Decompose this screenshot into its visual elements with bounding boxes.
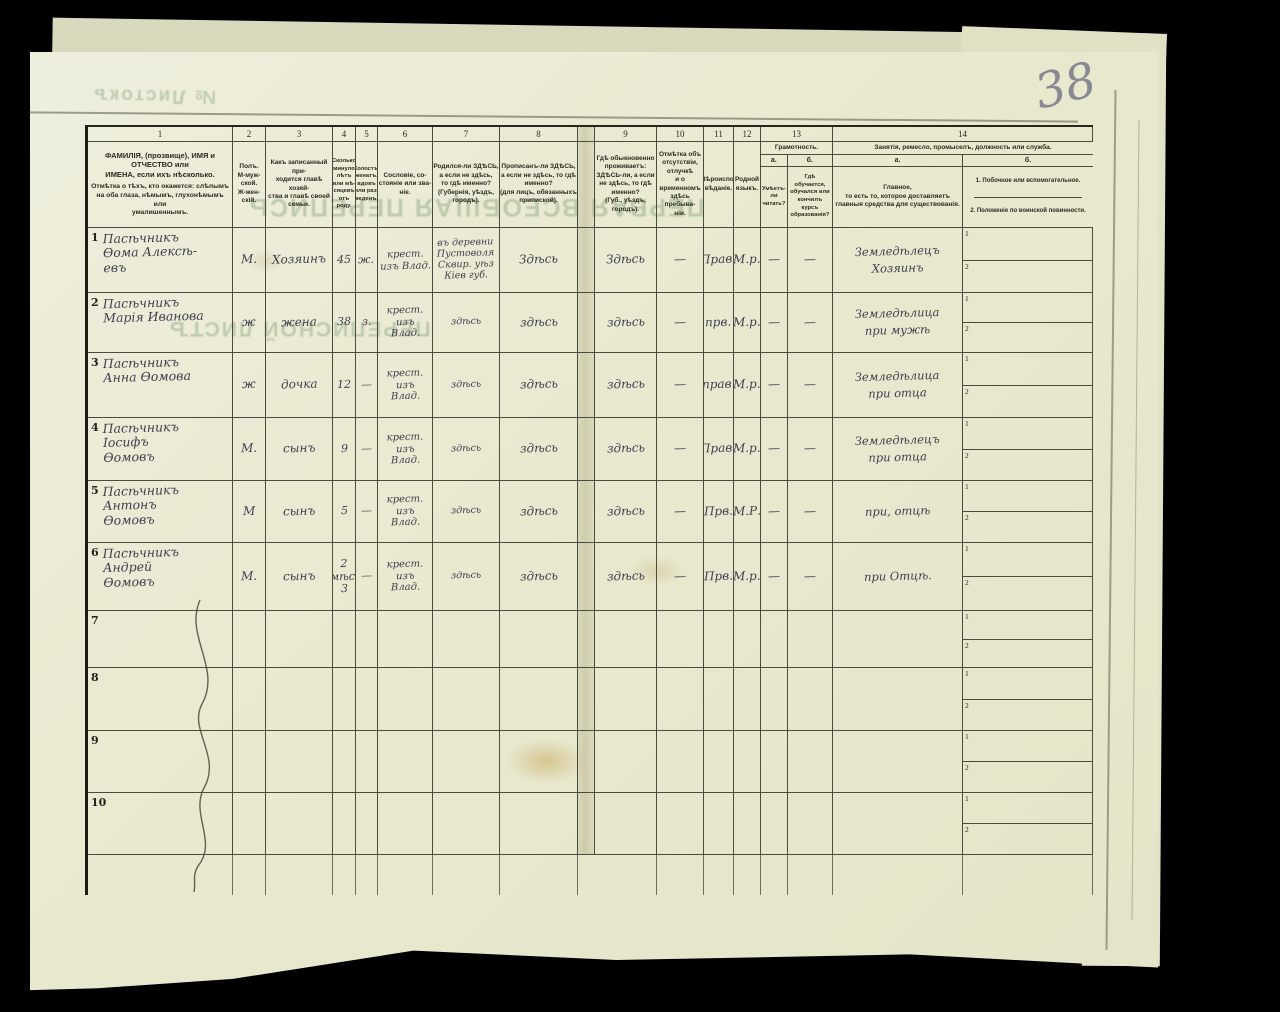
cell-lang: М.Р. — [734, 481, 761, 542]
stub — [356, 855, 378, 895]
printed-sub-number: 1 — [965, 482, 969, 491]
handwritten-entry: крест. изъ Влад. — [386, 494, 423, 529]
stub — [578, 855, 595, 895]
handwritten-entry: М — [243, 504, 256, 518]
cell-faith: прав. — [704, 353, 734, 417]
stub — [266, 855, 333, 895]
side-occupation-half: 1 — [963, 793, 1092, 824]
table-row: 2Пасѣчникъ Марія Ивановажжена38з.крест. … — [88, 293, 1093, 353]
cell-faith — [704, 611, 734, 667]
handwritten-entry: — — [361, 570, 372, 583]
side-occupation-half: 2 — [963, 261, 1092, 293]
handwritten-entry: сынъ — [283, 504, 316, 519]
cell-occ: при, отцѣ — [833, 481, 963, 542]
cell-sex — [233, 793, 266, 854]
cell-age: 9 — [333, 418, 356, 480]
cell-born: здѣсь — [433, 418, 500, 480]
cell-abs: — — [657, 481, 704, 542]
cell-faith: Прав. — [704, 418, 734, 480]
cell-age: 45 — [333, 228, 356, 292]
handwritten-entry: здѣсь — [606, 378, 644, 393]
cell-born — [433, 611, 500, 667]
stub — [88, 855, 233, 895]
table-header-row: ФАМИЛІЯ, (прозвище), ИМЯ и ОТЧЕСТВО или … — [88, 142, 1093, 228]
cell-sex — [233, 611, 266, 667]
cell-rel: Хозяинъ — [266, 228, 333, 292]
header-literacy-block: Грамотность. а. б. Умѣетъ- ли читать? Гд… — [761, 142, 833, 227]
handwritten-entry: — — [361, 379, 372, 392]
cell-mar: — — [356, 353, 378, 417]
handwritten-entry: при, отцѣ — [865, 502, 931, 521]
handwritten-entry: — — [804, 569, 816, 583]
header-absence: Отмѣтка объ отсутствіи, отлучкѣ и о врем… — [657, 142, 704, 227]
handwritten-entry: крест. изъ Влад. — [386, 305, 423, 340]
printed-row-number: 10 — [91, 796, 106, 809]
cell-abs: — — [657, 353, 704, 417]
cell-reg: здѣсь — [500, 481, 578, 542]
table-row: 912 — [88, 731, 1093, 793]
cell-live — [595, 793, 657, 854]
cell-est: крест. изъ Влад. — [378, 481, 433, 542]
handwritten-entry: крест. изъ Влад. — [386, 559, 423, 594]
cell-mar — [356, 793, 378, 854]
cell-sex: М. — [233, 543, 266, 610]
handwritten-entry: М.Р. — [734, 504, 761, 519]
printed-sub-number: 2 — [965, 641, 969, 650]
cell-litb — [788, 793, 833, 854]
cell-reg — [500, 793, 578, 854]
cell-sex — [233, 668, 266, 730]
cell-litb: — — [788, 418, 833, 480]
header-language: Родной языкъ. — [734, 142, 761, 227]
cell-faith — [704, 668, 734, 730]
cell-occ: Земледѣлецъ Хозяинъ — [833, 228, 963, 292]
cell-abs: — — [657, 293, 704, 352]
cell-lita: — — [761, 481, 788, 542]
handwritten-entry: М. — [241, 253, 257, 267]
handwritten-entry: здѣсь — [451, 443, 481, 455]
table-row: 3Пасѣчникъ Анна Ѳомоваждочка12—крест. из… — [88, 353, 1093, 418]
cell-side-occupation: 12 — [963, 611, 1093, 667]
handwritten-entry: Прв. — [704, 504, 733, 519]
cell-est — [378, 731, 433, 792]
printed-sub-number: 1 — [965, 294, 969, 303]
handwritten-entry: здѣсь — [519, 315, 557, 330]
cell-side-occupation: 12 — [963, 293, 1093, 352]
handwritten-entry: М.р. — [734, 569, 761, 584]
cell-lang — [734, 793, 761, 854]
cell-reg — [500, 611, 578, 667]
handwritten-entry: — — [804, 315, 816, 329]
handwritten-entry: М.р. — [734, 378, 761, 393]
header-occupation-main: Главное, то есть то, которое доставляетъ… — [833, 167, 963, 227]
stub — [333, 855, 356, 895]
handwritten-entry: М. — [241, 569, 257, 583]
cell-sex: М. — [233, 418, 266, 480]
page-fold — [578, 228, 595, 292]
handwritten-entry: 45 — [337, 253, 351, 266]
printed-sub-number: 2 — [965, 324, 969, 333]
stub — [761, 855, 788, 895]
cell-sex: М. — [233, 228, 266, 292]
cell-litb: — — [788, 481, 833, 542]
cell-occ: Земледѣлица при отца — [833, 353, 963, 417]
handwritten-entry: 2 мѣс. 3 — [333, 557, 356, 596]
handwritten-entry: здѣсь — [451, 571, 481, 583]
handwritten-name: Пасѣчникъ Андрей Ѳомовъ — [102, 545, 179, 590]
handwritten-entry: 12 — [337, 378, 351, 391]
cell-occ — [833, 731, 963, 792]
cell-faith — [704, 793, 734, 854]
printed-row-number: 4 — [91, 421, 99, 464]
page-fold — [578, 418, 595, 480]
header-sex: Полъ. М-муж- ской. Ж-жен- скій. — [233, 142, 266, 227]
stub — [595, 855, 657, 895]
cell-faith: прв. — [704, 293, 734, 352]
cell-lang: М.р. — [734, 418, 761, 480]
side-occupation-half: 2 — [963, 640, 1092, 668]
stub — [378, 855, 433, 895]
cell-lang: М.р. — [734, 228, 761, 292]
handwritten-entry: крест. изъ Влад. — [379, 248, 431, 272]
header-occupation-side-1: 1. Побочное или вспомогательное. — [974, 168, 1083, 198]
page-fold — [578, 793, 595, 854]
cell-lita — [761, 611, 788, 667]
header-occupation-block: Занятія, ремесло, промыселъ, должность и… — [833, 142, 1093, 227]
cell-est: крест. изъ Влад. — [378, 353, 433, 417]
handwritten-entry: — — [804, 504, 816, 518]
printed-sub-number: 1 — [965, 354, 969, 363]
handwritten-name: Пасѣчникъ Марія Иванова — [102, 295, 203, 326]
handwritten-entry: здѣсь — [519, 569, 557, 584]
header-marital: Холостъ, женатъ, вдовъ или раз- веденъ. — [356, 142, 378, 227]
col-number: 9 — [595, 127, 657, 141]
handwritten-name: Пасѣчникъ Ѳома Алексѣ- евъ — [102, 230, 197, 276]
header-literacy-read: Умѣетъ- ли читать? — [761, 167, 788, 227]
handwritten-entry: здѣсь — [451, 506, 481, 518]
header-residence: Гдѣ обыкновенно проживаетъ: ЗДѢСЬ-ли, а … — [595, 142, 657, 227]
col-number: 5 — [356, 127, 378, 141]
cell-born: здѣсь — [433, 543, 500, 610]
page-fold — [578, 142, 595, 227]
cell-live — [595, 731, 657, 792]
cell-mar: ж. — [356, 228, 378, 292]
cell-occ — [833, 668, 963, 730]
cell-name: 4Пасѣчникъ Іосифъ Ѳомовъ — [88, 418, 233, 480]
handwritten-entry: здѣсь — [606, 442, 644, 457]
stub — [963, 855, 1093, 895]
cell-name: 8 — [88, 668, 233, 730]
handwritten-entry: М. — [241, 442, 257, 456]
cell-name: 2Пасѣчникъ Марія Иванова — [88, 293, 233, 352]
handwritten-entry: — — [674, 378, 686, 392]
cell-rel — [266, 611, 333, 667]
header-occupation-side-2: 2. Положеніе по воинской повинности. — [968, 198, 1088, 227]
cell-mar: — — [356, 481, 378, 542]
handwritten-entry: прав. — [704, 378, 734, 393]
page-fold — [578, 731, 595, 792]
handwritten-entry: здѣсь — [606, 569, 644, 584]
stub — [734, 855, 761, 895]
cell-rel — [266, 731, 333, 792]
cell-faith: Прв. — [704, 543, 734, 610]
handwritten-entry: — — [361, 505, 372, 518]
printed-row-number: 1 — [91, 231, 99, 274]
cell-live: здѣсь — [595, 481, 657, 542]
side-occupation-half: 2 — [963, 386, 1092, 418]
page-fold — [578, 127, 595, 141]
col-number: 11 — [704, 127, 734, 141]
side-occupation-half: 1 — [963, 418, 1092, 450]
cell-live — [595, 611, 657, 667]
cell-litb: — — [788, 293, 833, 352]
label-b: б. — [788, 155, 832, 166]
cell-lita: — — [761, 543, 788, 610]
header-registration: Прописанъ-ли ЗДѢСЬ, а если не здѣсь, то … — [500, 142, 578, 227]
cell-live: здѣсь — [595, 418, 657, 480]
cell-live: здѣсь — [595, 293, 657, 352]
cell-rel: сынъ — [266, 418, 333, 480]
grid-line-stubs — [88, 855, 1093, 895]
cell-born — [433, 731, 500, 792]
handwritten-entry: при Отцѣ. — [863, 567, 931, 586]
header-relation: Какъ записанный при- ходится главѣ хозяй… — [266, 142, 333, 227]
handwritten-entry: — — [768, 569, 780, 583]
cell-sex — [233, 731, 266, 792]
handwritten-entry: Земледѣлецъ при отца — [855, 431, 941, 468]
printed-row-number: 8 — [91, 671, 99, 684]
stub — [233, 855, 266, 895]
printed-sub-number: 1 — [965, 419, 969, 428]
handwritten-entry: 5 — [340, 505, 347, 518]
cell-occ: Земледѣлецъ при отца — [833, 418, 963, 480]
handwritten-entry: здѣсь — [451, 379, 481, 391]
handwritten-entry: з. — [362, 316, 372, 329]
handwritten-entry: 38 — [337, 316, 351, 329]
handwritten-entry: М.р. — [734, 253, 761, 268]
side-occupation-half: 2 — [963, 700, 1092, 731]
handwritten-entry: здѣсь — [519, 442, 557, 457]
handwritten-name: Пасѣчникъ Антонъ Ѳомовъ — [102, 483, 179, 528]
printed-sub-number: 2 — [965, 763, 969, 772]
cell-reg: здѣсь — [500, 418, 578, 480]
cell-reg: здѣсь — [500, 353, 578, 417]
cell-born: здѣсь — [433, 353, 500, 417]
stub — [833, 855, 963, 895]
handwritten-entry: Здѣсь — [519, 253, 558, 268]
handwritten-entry: ж. — [358, 253, 374, 266]
header-religion: Вѣроиспо- вѣданіе. — [704, 142, 734, 227]
handwritten-entry: — — [674, 315, 686, 329]
handwritten-entry: Здѣсь — [606, 253, 645, 268]
header-age: Сколько минуло лѣтъ или мѣ- сяцевъ отъ р… — [333, 142, 356, 227]
cell-name: 5Пасѣчникъ Антонъ Ѳомовъ — [88, 481, 233, 542]
cell-litb — [788, 668, 833, 730]
printed-sub-number: 1 — [965, 732, 969, 741]
cell-rel: сынъ — [266, 543, 333, 610]
col-number: 13 — [761, 127, 833, 141]
header-name-main: ФАМИЛІЯ, (прозвище), ИМЯ и ОТЧЕСТВО или … — [90, 151, 230, 180]
label-b: б. — [963, 155, 1093, 166]
scanned-census-page: № Листокъ ПЕРВАЯ ВСЕОБЩАЯ ПЕРЕПИСЬ ПЕРЕП… — [0, 0, 1280, 1012]
handwritten-name: Пасѣчникъ Іосифъ Ѳомовъ — [102, 420, 179, 465]
col-number: 14 — [833, 127, 1093, 141]
cell-side-occupation: 12 — [963, 668, 1093, 730]
side-occupation-half: 2 — [963, 762, 1092, 792]
cell-side-occupation: 12 — [963, 228, 1093, 292]
cell-est: крест. изъ Влад. — [378, 228, 433, 292]
handwritten-entry: Земледѣлецъ Хозяинъ — [855, 242, 941, 279]
cell-mar — [356, 611, 378, 667]
bleedthrough-corner-text: № Листокъ — [92, 83, 216, 107]
page-fold — [578, 543, 595, 610]
table-row: 1012 — [88, 793, 1093, 855]
cell-mar: — — [356, 543, 378, 610]
handwritten-entry: сынъ — [283, 442, 316, 457]
cell-age: 2 мѣс. 3 — [333, 543, 356, 610]
cell-lita: — — [761, 353, 788, 417]
cell-name: 3Пасѣчникъ Анна Ѳомова — [88, 353, 233, 417]
header-occupation-sublabels: а. б. — [833, 155, 1093, 167]
col-number: 1 — [88, 127, 233, 141]
cell-reg — [500, 731, 578, 792]
cell-born — [433, 668, 500, 730]
cell-est — [378, 668, 433, 730]
cell-est — [378, 611, 433, 667]
table-row: 1Пасѣчникъ Ѳома Алексѣ- евъМ.Хозяинъ45ж.… — [88, 228, 1093, 293]
side-occupation-half: 2 — [963, 512, 1092, 542]
cell-age — [333, 611, 356, 667]
cell-age: 38 — [333, 293, 356, 352]
handwritten-entry: — — [361, 443, 372, 456]
handwritten-entry: — — [674, 253, 686, 267]
handwritten-entry: въ деревни Пустоволя Сквир. уѣз Кіев губ… — [437, 237, 496, 282]
stub — [704, 855, 734, 895]
cell-age — [333, 731, 356, 792]
side-occupation-half: 2 — [963, 450, 1092, 481]
handwritten-entry: ж — [242, 315, 256, 329]
cell-lang: М.р. — [734, 293, 761, 352]
stub — [500, 855, 578, 895]
table-row: 712 — [88, 611, 1093, 668]
col-number: 3 — [266, 127, 333, 141]
stub — [788, 855, 833, 895]
cell-faith: Прв. — [704, 481, 734, 542]
handwritten-entry: — — [674, 504, 686, 518]
handwritten-entry: — — [804, 442, 816, 456]
cell-side-occupation: 12 — [963, 353, 1093, 417]
handwritten-entry: М.р. — [734, 315, 761, 330]
handwritten-entry: М.р. — [734, 442, 761, 457]
side-occupation-half: 2 — [963, 577, 1092, 610]
cell-lang — [734, 611, 761, 667]
printed-sub-number: 2 — [965, 701, 969, 710]
cell-faith — [704, 731, 734, 792]
printed-row-number: 7 — [91, 614, 99, 627]
printed-sub-number: 2 — [965, 387, 969, 396]
cell-occ: при Отцѣ. — [833, 543, 963, 610]
cell-occ — [833, 611, 963, 667]
handwritten-entry: прв. — [705, 315, 732, 329]
col-number: 2 — [233, 127, 266, 141]
col-number: 10 — [657, 127, 704, 141]
cell-lang: М.р. — [734, 353, 761, 417]
cell-abs: — — [657, 418, 704, 480]
cell-est: крест. изъ Влад. — [378, 293, 433, 352]
cell-lita — [761, 668, 788, 730]
cell-occ — [833, 793, 963, 854]
handwritten-entry: — — [674, 569, 686, 583]
handwritten-entry: — — [768, 253, 780, 267]
cell-age: 12 — [333, 353, 356, 417]
handwritten-entry: Земледѣлица при мужѣ — [855, 304, 941, 341]
cell-reg: здѣсь — [500, 543, 578, 610]
table-row: 4Пасѣчникъ Іосифъ ѲомовъМ.сынъ9—крест. и… — [88, 418, 1093, 481]
census-table: 1 2 3 4 5 6 7 8 9 10 11 12 13 14 ФАМИЛІЯ… — [85, 125, 1093, 895]
printed-sub-number: 2 — [965, 513, 969, 522]
printed-sub-number: 1 — [965, 794, 969, 803]
handwritten-entry: — — [674, 442, 686, 456]
cell-side-occupation: 12 — [963, 543, 1093, 610]
header-literacy-education: Гдѣ обучается, обучался или кончилъ курс… — [788, 167, 832, 227]
header-literacy-title: Грамотность. — [761, 142, 832, 155]
handwritten-entry: жена — [281, 315, 317, 330]
handwritten-entry: Прав. — [704, 253, 734, 268]
handwritten-entry: здѣсь — [519, 504, 557, 519]
printed-row-number: 9 — [91, 734, 99, 747]
stub — [433, 855, 500, 895]
side-occupation-half: 1 — [963, 731, 1092, 762]
handwritten-entry: дочка — [281, 378, 318, 393]
handwritten-entry: ж — [242, 378, 256, 392]
printed-row-number: 2 — [91, 296, 99, 325]
handwritten-entry: — — [804, 253, 816, 267]
cell-side-occupation: 12 — [963, 731, 1093, 792]
cell-lang: М.р. — [734, 543, 761, 610]
printed-sub-number: 2 — [965, 451, 969, 460]
table-row: 812 — [88, 668, 1093, 731]
cell-name: 1Пасѣчникъ Ѳома Алексѣ- евъ — [88, 228, 233, 292]
header-literacy-sublabels: а. б. — [761, 155, 832, 167]
header-name-note: Отмѣтка о тѣхъ, кто окажется: слѣпымъ на… — [90, 183, 230, 218]
cell-live: здѣсь — [595, 353, 657, 417]
cell-name: 6Пасѣчникъ Андрей Ѳомовъ — [88, 543, 233, 610]
cell-litb: — — [788, 353, 833, 417]
cell-age: 5 — [333, 481, 356, 542]
side-occupation-half: 2 — [963, 824, 1092, 854]
cell-rel: жена — [266, 293, 333, 352]
column-numbers-row: 1 2 3 4 5 6 7 8 9 10 11 12 13 14 — [88, 127, 1093, 142]
cell-abs: — — [657, 543, 704, 610]
handwritten-entry: Прав. — [704, 442, 734, 457]
cell-lang — [734, 668, 761, 730]
handwritten-entry: здѣсь — [606, 315, 644, 330]
page-fold — [578, 353, 595, 417]
printed-row-number: 6 — [91, 546, 99, 589]
handwritten-entry: Прв. — [704, 569, 733, 584]
page-fold — [578, 481, 595, 542]
side-occupation-half: 1 — [963, 543, 1092, 577]
printed-sub-number: 1 — [965, 669, 969, 678]
cell-rel: дочка — [266, 353, 333, 417]
table-row: 6Пасѣчникъ Андрей ѲомовъМ.сынъ2 мѣс. 3—к… — [88, 543, 1093, 611]
cell-lang — [734, 731, 761, 792]
printed-row-number: 3 — [91, 356, 99, 385]
header-name: ФАМИЛІЯ, (прозвище), ИМЯ и ОТЧЕСТВО или … — [88, 142, 233, 227]
handwritten-entry: Земледѣлица при отца — [855, 367, 941, 404]
cell-est: крест. изъ Влад. — [378, 543, 433, 610]
handwritten-entry: — — [768, 315, 780, 329]
